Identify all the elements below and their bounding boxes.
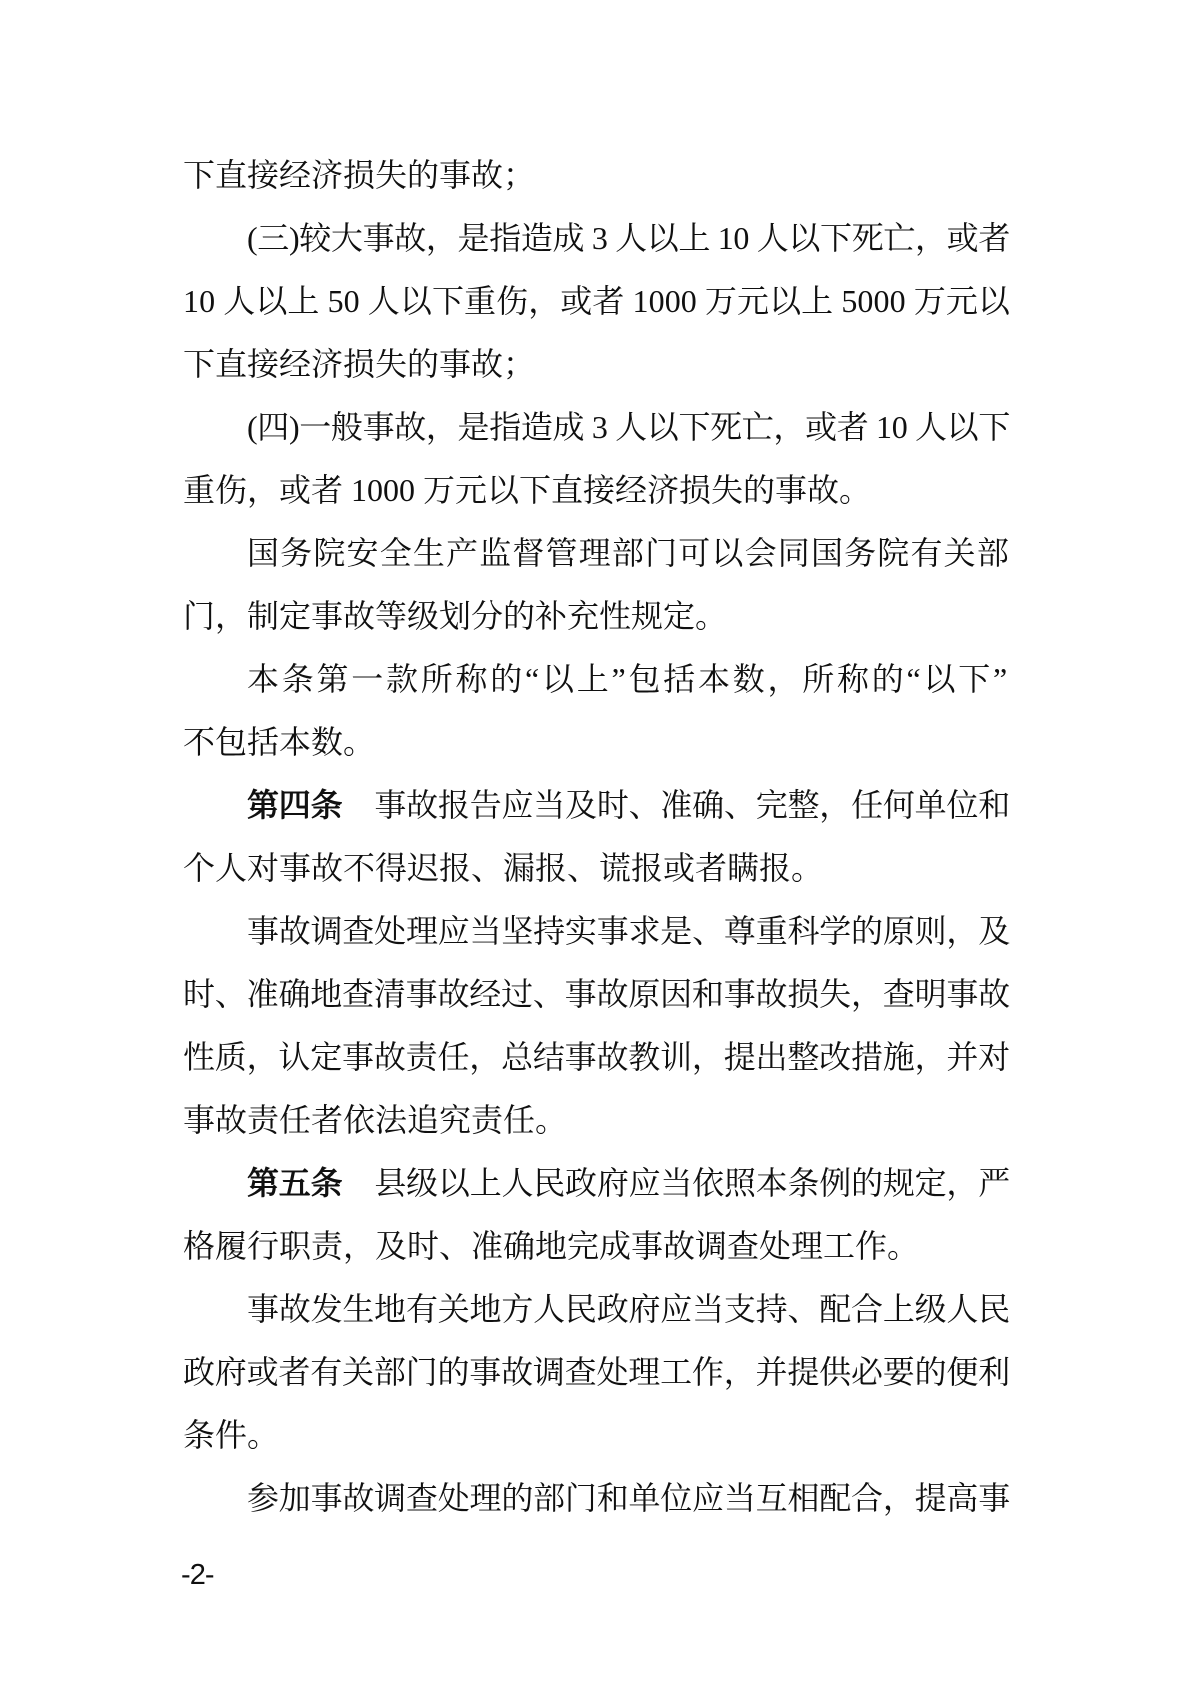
line-text: 国务院安全生产监督管理部门可以会同国务院有关部: [247, 522, 1010, 585]
article-number: 第四条: [247, 787, 342, 823]
line-text: 不包括本数。: [183, 711, 375, 774]
text-line: 本条第一款所称的“以上”包括本数，所称的“以下”: [183, 648, 1010, 711]
text-line: 事故调查处理应当坚持实事求是、尊重科学的原则，及: [183, 900, 1010, 963]
line-text: 县级以上人民政府应当依照本条例的规定，严: [374, 1165, 1010, 1201]
text-line: 第四条事故报告应当及时、准确、完整，任何单位和: [183, 774, 1010, 837]
line-text: 门，制定事故等级划分的补充性规定。: [183, 585, 727, 648]
text-line: 事故责任者依法追究责任。: [183, 1089, 1010, 1152]
line-text: 参加事故调查处理的部门和单位应当互相配合，提高事: [247, 1467, 1010, 1530]
text-line: 条件。: [183, 1404, 1010, 1467]
line-text: 本条第一款所称的“以上”包括本数，所称的“以下”: [247, 648, 1010, 711]
line-text: 事故调查处理应当坚持实事求是、尊重科学的原则，及: [247, 900, 1010, 963]
text-line: 政府或者有关部门的事故调查处理工作，并提供必要的便利: [183, 1341, 1010, 1404]
text-line: 门，制定事故等级划分的补充性规定。: [183, 585, 1010, 648]
text-line: 性质，认定事故责任，总结事故教训，提出整改措施，并对: [183, 1026, 1010, 1089]
line-text: 事故报告应当及时、准确、完整，任何单位和: [374, 787, 1010, 823]
text-line: 重伤，或者 1000 万元以下直接经济损失的事故。: [183, 459, 1010, 522]
document-page: 下直接经济损失的事故；(三)较大事故，是指造成 3 人以上 10 人以下死亡，或…: [0, 0, 1190, 1683]
line-text: 性质，认定事故责任，总结事故教训，提出整改措施，并对: [183, 1026, 1010, 1089]
text-line: (三)较大事故，是指造成 3 人以上 10 人以下死亡，或者: [183, 207, 1010, 270]
text-line: 个人对事故不得迟报、漏报、谎报或者瞒报。: [183, 837, 1010, 900]
line-text: 事故责任者依法追究责任。: [183, 1089, 567, 1152]
line-text: (三)较大事故，是指造成 3 人以上 10 人以下死亡，或者: [247, 207, 1010, 270]
line-text: 政府或者有关部门的事故调查处理工作，并提供必要的便利: [183, 1341, 1010, 1404]
text-line: 第五条县级以上人民政府应当依照本条例的规定，严: [183, 1152, 1010, 1215]
line-text: 下直接经济损失的事故；: [183, 144, 535, 207]
text-line: (四)一般事故，是指造成 3 人以下死亡，或者 10 人以下: [183, 396, 1010, 459]
text-block: 下直接经济损失的事故；(三)较大事故，是指造成 3 人以上 10 人以下死亡，或…: [183, 144, 1010, 1530]
page-number: - 2 -: [181, 1558, 213, 1592]
text-line: 参加事故调查处理的部门和单位应当互相配合，提高事: [183, 1467, 1010, 1530]
text-line: 国务院安全生产监督管理部门可以会同国务院有关部: [183, 522, 1010, 585]
text-line: 下直接经济损失的事故；: [183, 144, 1010, 207]
line-text: 重伤，或者 1000 万元以下直接经济损失的事故。: [183, 459, 871, 522]
line-text: 格履行职责，及时、准确地完成事故调查处理工作。: [183, 1215, 919, 1278]
text-line: 不包括本数。: [183, 711, 1010, 774]
article-number: 第五条: [247, 1165, 342, 1201]
line-text: (四)一般事故，是指造成 3 人以下死亡，或者 10 人以下: [247, 396, 1010, 459]
line-text: 个人对事故不得迟报、漏报、谎报或者瞒报。: [183, 837, 823, 900]
text-line: 事故发生地有关地方人民政府应当支持、配合上级人民: [183, 1278, 1010, 1341]
text-line: 10 人以上 50 人以下重伤，或者 1000 万元以上 5000 万元以: [183, 270, 1010, 333]
line-text: 事故发生地有关地方人民政府应当支持、配合上级人民: [247, 1278, 1010, 1341]
line-text: 时、准确地查清事故经过、事故原因和事故损失，查明事故: [183, 963, 1010, 1026]
text-line: 格履行职责，及时、准确地完成事故调查处理工作。: [183, 1215, 1010, 1278]
text-line: 时、准确地查清事故经过、事故原因和事故损失，查明事故: [183, 963, 1010, 1026]
line-text: 条件。: [183, 1404, 279, 1467]
line-text: 10 人以上 50 人以下重伤，或者 1000 万元以上 5000 万元以: [183, 270, 1010, 333]
line-text: 下直接经济损失的事故；: [183, 333, 535, 396]
text-line: 下直接经济损失的事故；: [183, 333, 1010, 396]
